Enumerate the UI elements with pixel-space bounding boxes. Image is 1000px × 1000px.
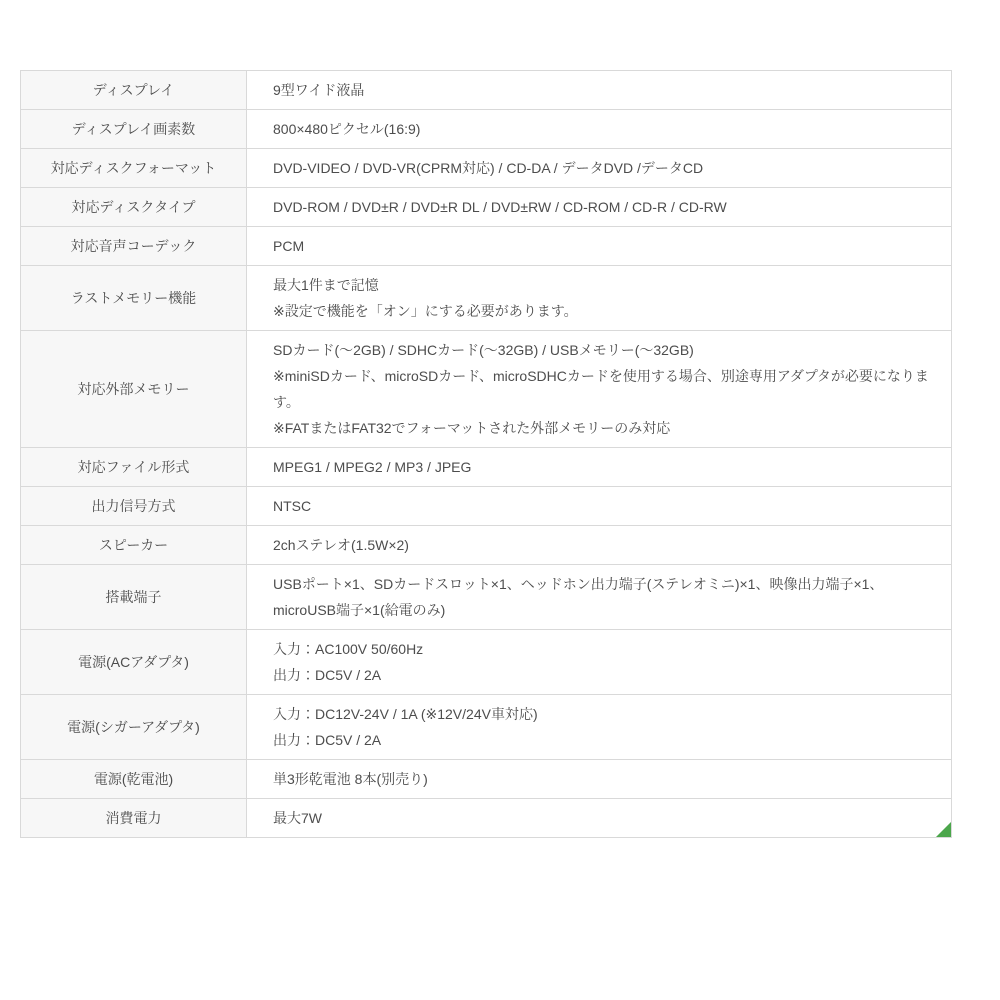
spec-value-line: 出力：DC5V / 2A [273, 662, 933, 688]
spec-label: 消費電力 [21, 799, 247, 838]
spec-value-line: 出力：DC5V / 2A [273, 727, 933, 753]
table-row-output-signal: 出力信号方式 NTSC [21, 487, 952, 526]
green-corner-triangle-icon [936, 822, 951, 837]
spec-label: 対応音声コーデック [21, 227, 247, 266]
spec-value: 800×480ピクセル(16:9) [247, 110, 952, 149]
table-row-audio-codec: 対応音声コーデック PCM [21, 227, 952, 266]
spec-value: USBポート×1、SDカードスロット×1、ヘッドホン出力端子(ステレオミニ)×1… [247, 565, 952, 630]
table-row-power-consumption: 消費電力 最大7W [21, 799, 952, 838]
spec-value: DVD-VIDEO / DVD-VR(CPRM対応) / CD-DA / データ… [247, 149, 952, 188]
spec-label: 搭載端子 [21, 565, 247, 630]
spec-value: 入力：DC12V-24V / 1A (※12V/24V車対応) 出力：DC5V … [247, 695, 952, 760]
spec-value-line: SDカード(～2GB) / SDHCカード(～32GB) / USBメモリー(～… [273, 337, 933, 363]
spec-value: DVD-ROM / DVD±R / DVD±R DL / DVD±RW / CD… [247, 188, 952, 227]
spec-label: ディスプレイ [21, 71, 247, 110]
spec-table-container: ディスプレイ 9型ワイド液晶 ディスプレイ画素数 800×480ピクセル(16:… [20, 70, 952, 838]
spec-value-line: 800×480ピクセル(16:9) [273, 116, 933, 142]
spec-value: NTSC [247, 487, 952, 526]
spec-value-line: 最大1件まで記憶 [273, 272, 933, 298]
spec-value-line: NTSC [273, 493, 933, 519]
table-row-ports: 搭載端子 USBポート×1、SDカードスロット×1、ヘッドホン出力端子(ステレオ… [21, 565, 952, 630]
spec-value-line: 9型ワイド液晶 [273, 77, 933, 103]
spec-value: PCM [247, 227, 952, 266]
spec-value: MPEG1 / MPEG2 / MP3 / JPEG [247, 448, 952, 487]
spec-value-line: USBポート×1、SDカードスロット×1、ヘッドホン出力端子(ステレオミニ)×1… [273, 571, 933, 623]
spec-value: 最大1件まで記憶 ※設定で機能を「オン」にする必要があります。 [247, 266, 952, 331]
table-row-last-memory: ラストメモリー機能 最大1件まで記憶 ※設定で機能を「オン」にする必要があります… [21, 266, 952, 331]
spec-label: 電源(ACアダプタ) [21, 630, 247, 695]
table-row-speaker: スピーカー 2chステレオ(1.5W×2) [21, 526, 952, 565]
spec-value: SDカード(～2GB) / SDHCカード(～32GB) / USBメモリー(～… [247, 331, 952, 448]
spec-label: 対応ディスクフォーマット [21, 149, 247, 188]
spec-label: 出力信号方式 [21, 487, 247, 526]
spec-value: 9型ワイド液晶 [247, 71, 952, 110]
spec-page: ディスプレイ 9型ワイド液晶 ディスプレイ画素数 800×480ピクセル(16:… [0, 0, 1000, 1000]
spec-value-line: MPEG1 / MPEG2 / MP3 / JPEG [273, 454, 933, 480]
spec-value-line: ※設定で機能を「オン」にする必要があります。 [273, 298, 933, 324]
spec-label: ディスプレイ画素数 [21, 110, 247, 149]
spec-value-line: 最大7W [273, 805, 933, 831]
spec-value: 入力：AC100V 50/60Hz 出力：DC5V / 2A [247, 630, 952, 695]
table-row-display-pixels: ディスプレイ画素数 800×480ピクセル(16:9) [21, 110, 952, 149]
table-row-external-memory: 対応外部メモリー SDカード(～2GB) / SDHCカード(～32GB) / … [21, 331, 952, 448]
spec-value-line: DVD-ROM / DVD±R / DVD±R DL / DVD±RW / CD… [273, 194, 933, 220]
spec-table: ディスプレイ 9型ワイド液晶 ディスプレイ画素数 800×480ピクセル(16:… [20, 70, 952, 838]
spec-value-line: ※FATまたはFAT32でフォーマットされた外部メモリーのみ対応 [273, 415, 933, 441]
spec-value-line: PCM [273, 233, 933, 259]
spec-label: 対応ディスクタイプ [21, 188, 247, 227]
spec-value: 2chステレオ(1.5W×2) [247, 526, 952, 565]
spec-value-line: 2chステレオ(1.5W×2) [273, 532, 933, 558]
spec-value-line: 入力：DC12V-24V / 1A (※12V/24V車対応) [273, 701, 933, 727]
spec-label: スピーカー [21, 526, 247, 565]
spec-label: 対応外部メモリー [21, 331, 247, 448]
spec-label: 電源(シガーアダプタ) [21, 695, 247, 760]
table-row-file-format: 対応ファイル形式 MPEG1 / MPEG2 / MP3 / JPEG [21, 448, 952, 487]
spec-label: 電源(乾電池) [21, 760, 247, 799]
spec-value: 単3形乾電池 8本(別売り) [247, 760, 952, 799]
spec-value-line: 単3形乾電池 8本(別売り) [273, 766, 933, 792]
table-row-display: ディスプレイ 9型ワイド液晶 [21, 71, 952, 110]
table-row-power-battery: 電源(乾電池) 単3形乾電池 8本(別売り) [21, 760, 952, 799]
spec-label: ラストメモリー機能 [21, 266, 247, 331]
table-row-disc-type: 対応ディスクタイプ DVD-ROM / DVD±R / DVD±R DL / D… [21, 188, 952, 227]
table-row-power-ac-adapter: 電源(ACアダプタ) 入力：AC100V 50/60Hz 出力：DC5V / 2… [21, 630, 952, 695]
spec-label: 対応ファイル形式 [21, 448, 247, 487]
spec-value: 最大7W [247, 799, 952, 838]
spec-value-line: DVD-VIDEO / DVD-VR(CPRM対応) / CD-DA / データ… [273, 155, 933, 181]
spec-value-line: ※miniSDカード、microSDカード、microSDHCカードを使用する場… [273, 363, 933, 415]
table-row-power-car-adapter: 電源(シガーアダプタ) 入力：DC12V-24V / 1A (※12V/24V車… [21, 695, 952, 760]
spec-value-line: 入力：AC100V 50/60Hz [273, 636, 933, 662]
table-row-disc-format: 対応ディスクフォーマット DVD-VIDEO / DVD-VR(CPRM対応) … [21, 149, 952, 188]
